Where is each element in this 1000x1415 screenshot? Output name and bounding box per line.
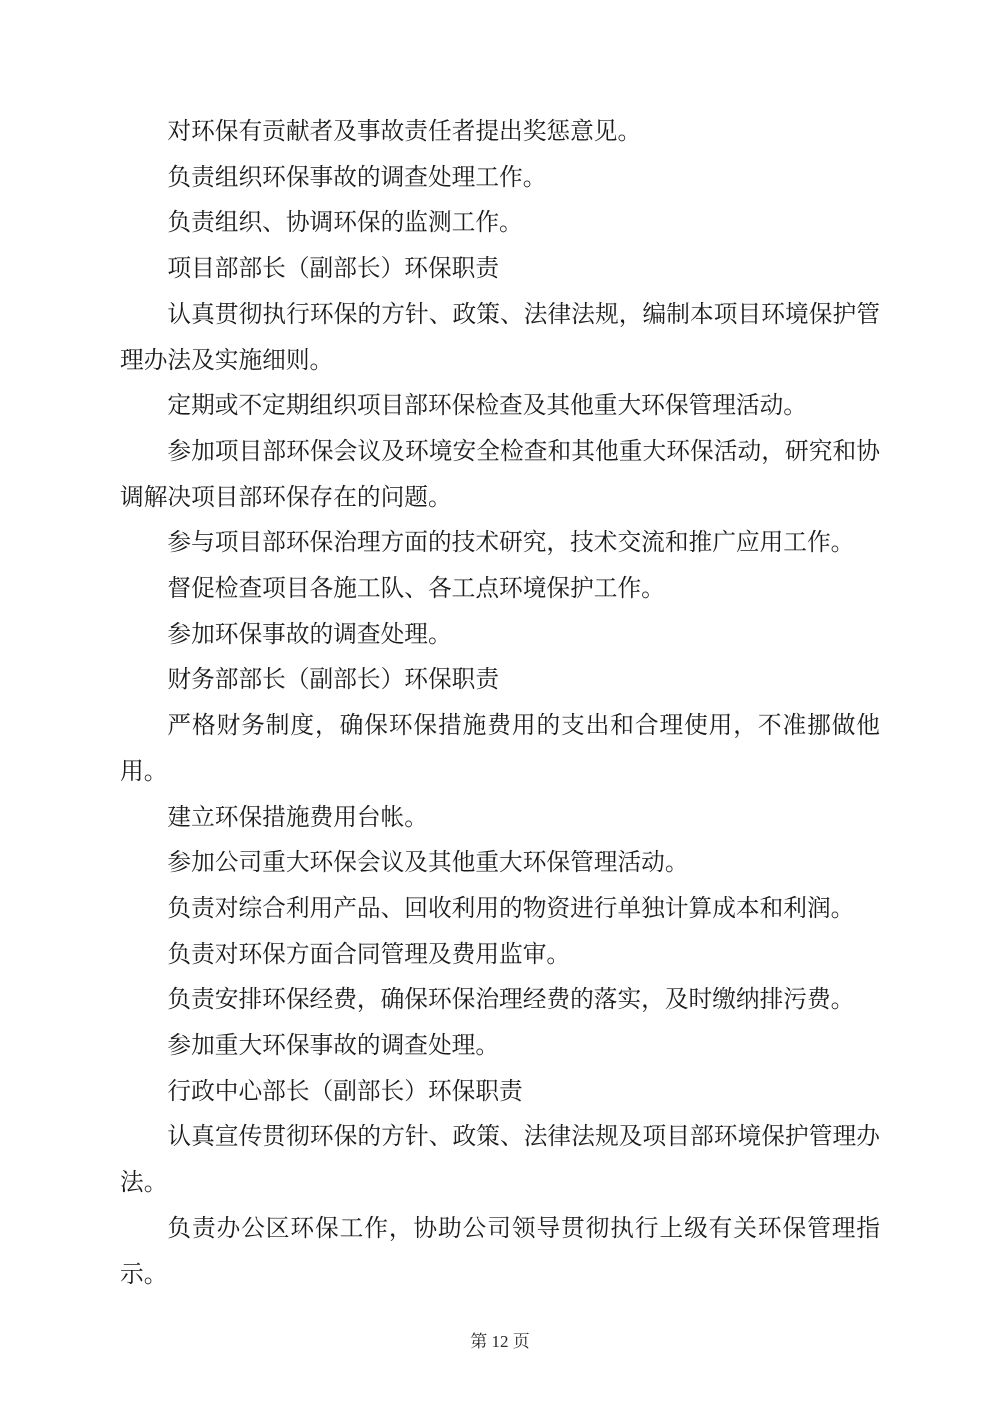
duty-item: 参加环保事故的调查处理。: [120, 613, 880, 659]
duty-item: 建立环保措施费用台帐。: [120, 796, 880, 842]
duty-item: 参加公司重大环保会议及其他重大环保管理活动。: [120, 841, 880, 887]
duty-item: 认真贯彻执行环保的方针、政策、法律法规，编制本项目环境保护管理办法及实施细则。: [120, 293, 880, 384]
section-heading-finance-dept-chief: 财务部部长（副部长）环保职责: [120, 658, 880, 704]
duty-item: 参加重大环保事故的调查处理。: [120, 1024, 880, 1070]
duty-item: 负责组织、协调环保的监测工作。: [120, 201, 880, 247]
duty-item: 严格财务制度，确保环保措施费用的支出和合理使用，不准挪做他用。: [120, 704, 880, 795]
document-page: 对环保有贡献者及事故责任者提出奖惩意见。 负责组织环保事故的调查处理工作。 负责…: [0, 0, 1000, 1415]
duty-item: 负责对综合利用产品、回收利用的物资进行单独计算成本和利润。: [120, 887, 880, 933]
section-heading-project-dept-chief: 项目部部长（副部长）环保职责: [120, 247, 880, 293]
page-number: 第 12 页: [0, 1330, 1000, 1354]
duty-item: 参与项目部环保治理方面的技术研究，技术交流和推广应用工作。: [120, 521, 880, 567]
duty-item: 督促检查项目各施工队、各工点环境保护工作。: [120, 567, 880, 613]
duty-item: 负责组织环保事故的调查处理工作。: [120, 156, 880, 202]
duty-item: 负责对环保方面合同管理及费用监审。: [120, 933, 880, 979]
duty-item: 定期或不定期组织项目部环保检查及其他重大环保管理活动。: [120, 384, 880, 430]
duty-item: 负责安排环保经费，确保环保治理经费的落实，及时缴纳排污费。: [120, 978, 880, 1024]
duty-item: 参加项目部环保会议及环境安全检查和其他重大环保活动，研究和协调解决项目部环保存在…: [120, 430, 880, 521]
duty-item: 认真宣传贯彻环保的方针、政策、法律法规及项目部环境保护管理办法。: [120, 1115, 880, 1206]
duty-item: 对环保有贡献者及事故责任者提出奖惩意见。: [120, 110, 880, 156]
section-heading-admin-center-chief: 行政中心部长（副部长）环保职责: [120, 1070, 880, 1116]
duty-item: 负责办公区环保工作，协助公司领导贯彻执行上级有关环保管理指示。: [120, 1207, 880, 1298]
document-body: 对环保有贡献者及事故责任者提出奖惩意见。 负责组织环保事故的调查处理工作。 负责…: [120, 110, 880, 1298]
